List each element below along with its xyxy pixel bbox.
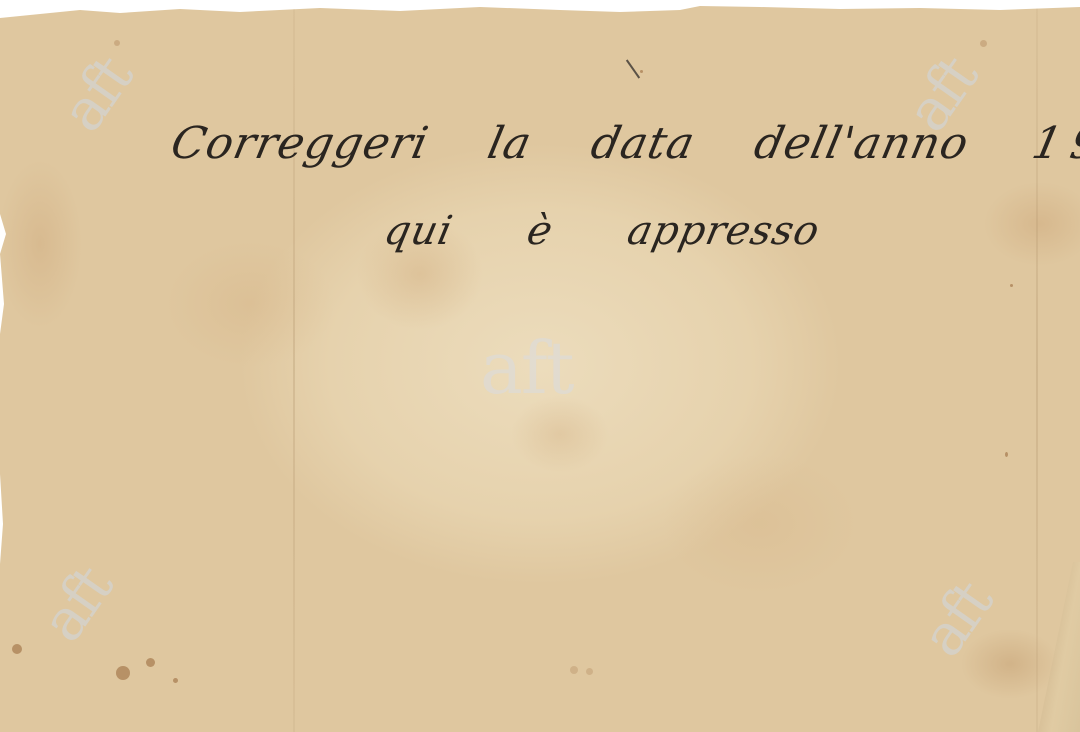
handwritten-word: è	[523, 208, 557, 254]
foxing-spot	[640, 70, 643, 73]
handwritten-word: qui	[380, 208, 457, 254]
foxing-spot	[12, 644, 22, 654]
document-scan: aft aft aft aft aft Correggeri la data d…	[0, 0, 1080, 732]
foxing-spot	[570, 666, 578, 674]
fold-crease-right	[1036, 4, 1038, 732]
fold-crease-left	[293, 4, 295, 732]
handwritten-line-2: qui è appresso	[380, 208, 886, 254]
foxing-spot	[114, 40, 120, 46]
handwritten-word: dell'anno	[750, 118, 974, 169]
foxing-spot	[1010, 284, 1013, 287]
handwritten-word: la	[483, 118, 536, 169]
handwritten-line-1: Correggeri la data dell'anno 1935	[167, 118, 1080, 169]
handwritten-word: appresso	[623, 208, 824, 254]
handwritten-word: data	[587, 118, 700, 169]
handwritten-year: 1935	[1028, 118, 1080, 169]
foxing-spot	[980, 40, 987, 47]
foxing-spot	[146, 658, 155, 667]
foxing-spot	[1005, 452, 1008, 457]
watermark-center: aft	[480, 326, 573, 410]
handwritten-word: Correggeri	[167, 118, 434, 169]
folded-corner	[1038, 562, 1080, 732]
foxing-spot	[173, 678, 178, 683]
foxing-spot	[586, 668, 593, 675]
foxing-spot	[116, 666, 130, 680]
